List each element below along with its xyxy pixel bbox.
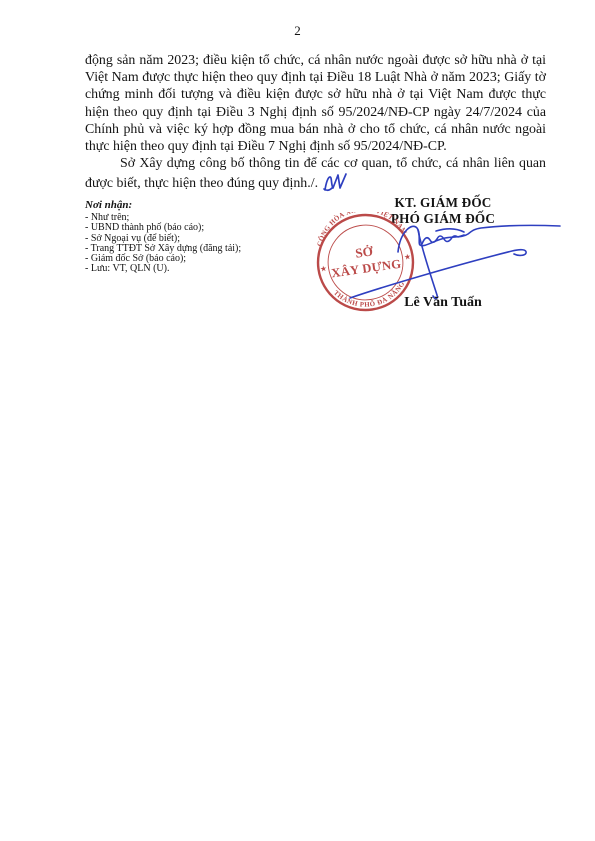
recipients-list: - Như trên; - UBND thành phố (báo cáo); … <box>85 213 315 275</box>
handwritten-initials-icon <box>323 172 349 193</box>
body-paragraph-2: Sở Xây dựng công bố thông tin để các cơ … <box>85 155 546 193</box>
body-paragraph-2-text: Sở Xây dựng công bố thông tin để các cơ … <box>85 156 546 191</box>
page-number: 2 <box>0 23 595 39</box>
recipient-item: - Lưu: VT, QLN (U). <box>85 264 315 274</box>
stamp-star-left-icon: ★ <box>320 264 328 273</box>
recipients-heading: Nơi nhận: <box>85 199 315 211</box>
recipients-block: Nơi nhận: - Như trên; - UBND thành phố (… <box>85 199 315 275</box>
signer-title-line1: KT. GIÁM ĐỐC <box>337 195 549 211</box>
document-body: động sản năm 2023; điều kiện tổ chức, cá… <box>85 52 546 193</box>
signer-name: Lê Văn Tuấn <box>337 295 549 311</box>
body-paragraph-1: động sản năm 2023; điều kiện tổ chức, cá… <box>85 52 546 155</box>
document-page: 2 động sản năm 2023; điều kiện tổ chức, … <box>0 0 595 841</box>
